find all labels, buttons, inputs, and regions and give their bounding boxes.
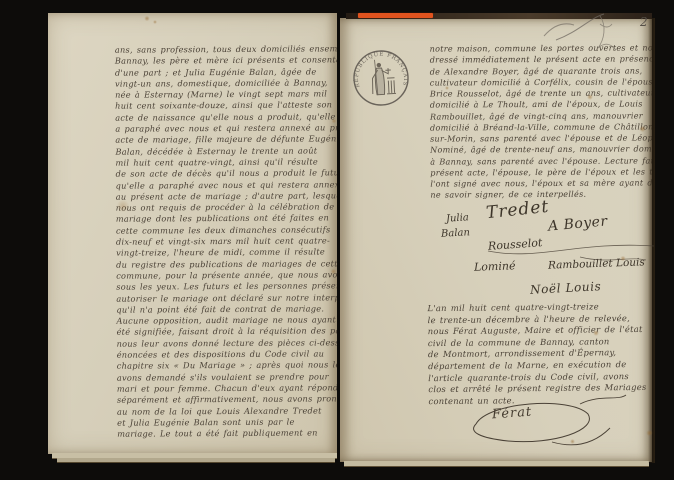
page-edge: [344, 461, 649, 467]
manuscript-line: à Bannay, sans parenté avec l'épouse. Le…: [430, 155, 652, 167]
manuscript-line: acte de mariage, fille majeure de défunt…: [115, 134, 336, 147]
foxing-spot: [587, 94, 593, 100]
foxing-spot: [153, 20, 157, 24]
manuscript-line: l'ont signé avec nous, l'époux et sa mèr…: [430, 177, 652, 189]
left-page-text: ans, sans profession, tous deux domicili…: [115, 43, 337, 440]
foxing-spot: [445, 86, 449, 90]
manuscript-line: été signifiée, faisant droit à la réquis…: [117, 326, 337, 339]
manuscript-line: Rambouillet, âgé de vingt-cinq ans, mano…: [430, 110, 652, 122]
manuscript-line: mariage. Le tout a été fait publiquement…: [117, 427, 337, 440]
red-binding-edge: [358, 13, 433, 18]
manuscript-line: au nom de la loi que Louis Alexandre Tre…: [117, 405, 337, 418]
foxing-spot: [593, 330, 599, 336]
marriage-act-closing-text: notre maison, commune les portes ouverte…: [430, 42, 652, 201]
manuscript-line: vingt-treize, l'heure de midi, comme il …: [116, 247, 337, 260]
foxing-spot: [570, 439, 575, 444]
foxing-spot: [144, 16, 150, 21]
manuscript-line: Nominé, âgé de trente-neuf ans, manouvri…: [430, 144, 652, 156]
signature-julia: Julia: [446, 212, 470, 225]
signature-noel-louis: Noël Louis: [530, 279, 602, 297]
republique-francaise-stamp: RÉPUBLIQUE FRANÇAISE: [349, 46, 412, 109]
manuscript-line: nous Férat Auguste, Maire et officier de…: [428, 324, 648, 338]
manuscript-line: dressé immédiatement le présent acte en …: [430, 54, 652, 66]
mayor-signature-flourish: [452, 392, 632, 450]
page-edge: [57, 458, 335, 463]
foxing-spot: [620, 256, 626, 261]
foxing-spot: [116, 200, 130, 212]
manuscript-line: sous les yeux. Les futurs et les personn…: [116, 281, 337, 294]
manuscript-line: Bannay, les père et mère ici présents et…: [115, 55, 336, 68]
manuscript-line: chapitre six « Du Mariage » ; après quoi…: [117, 360, 337, 373]
foxing-spot: [331, 268, 336, 275]
scanned-register-document: ans, sans profession, tous deux domicili…: [0, 0, 674, 480]
manuscript-line: domicilié à Le Thoult, ami de l'époux, d…: [430, 99, 652, 111]
foxing-spot: [646, 430, 653, 436]
marianne-figure-icon: [371, 59, 396, 96]
foxing-spot: [639, 126, 646, 132]
page-number: 2: [640, 15, 648, 29]
manuscript-line: de Alexandre Boyer, âgé de quarante troi…: [430, 65, 652, 77]
ink-scribble: [538, 6, 630, 54]
foxing-spot: [332, 118, 336, 124]
manuscript-line: séparément et affirmativement, nous avon…: [117, 394, 337, 407]
left-page: ans, sans profession, tous deux domicili…: [48, 13, 337, 454]
signature-boyer: A Boyer: [547, 213, 608, 234]
manuscript-line: de son acte de décès qu'il nous a produi…: [116, 168, 337, 181]
